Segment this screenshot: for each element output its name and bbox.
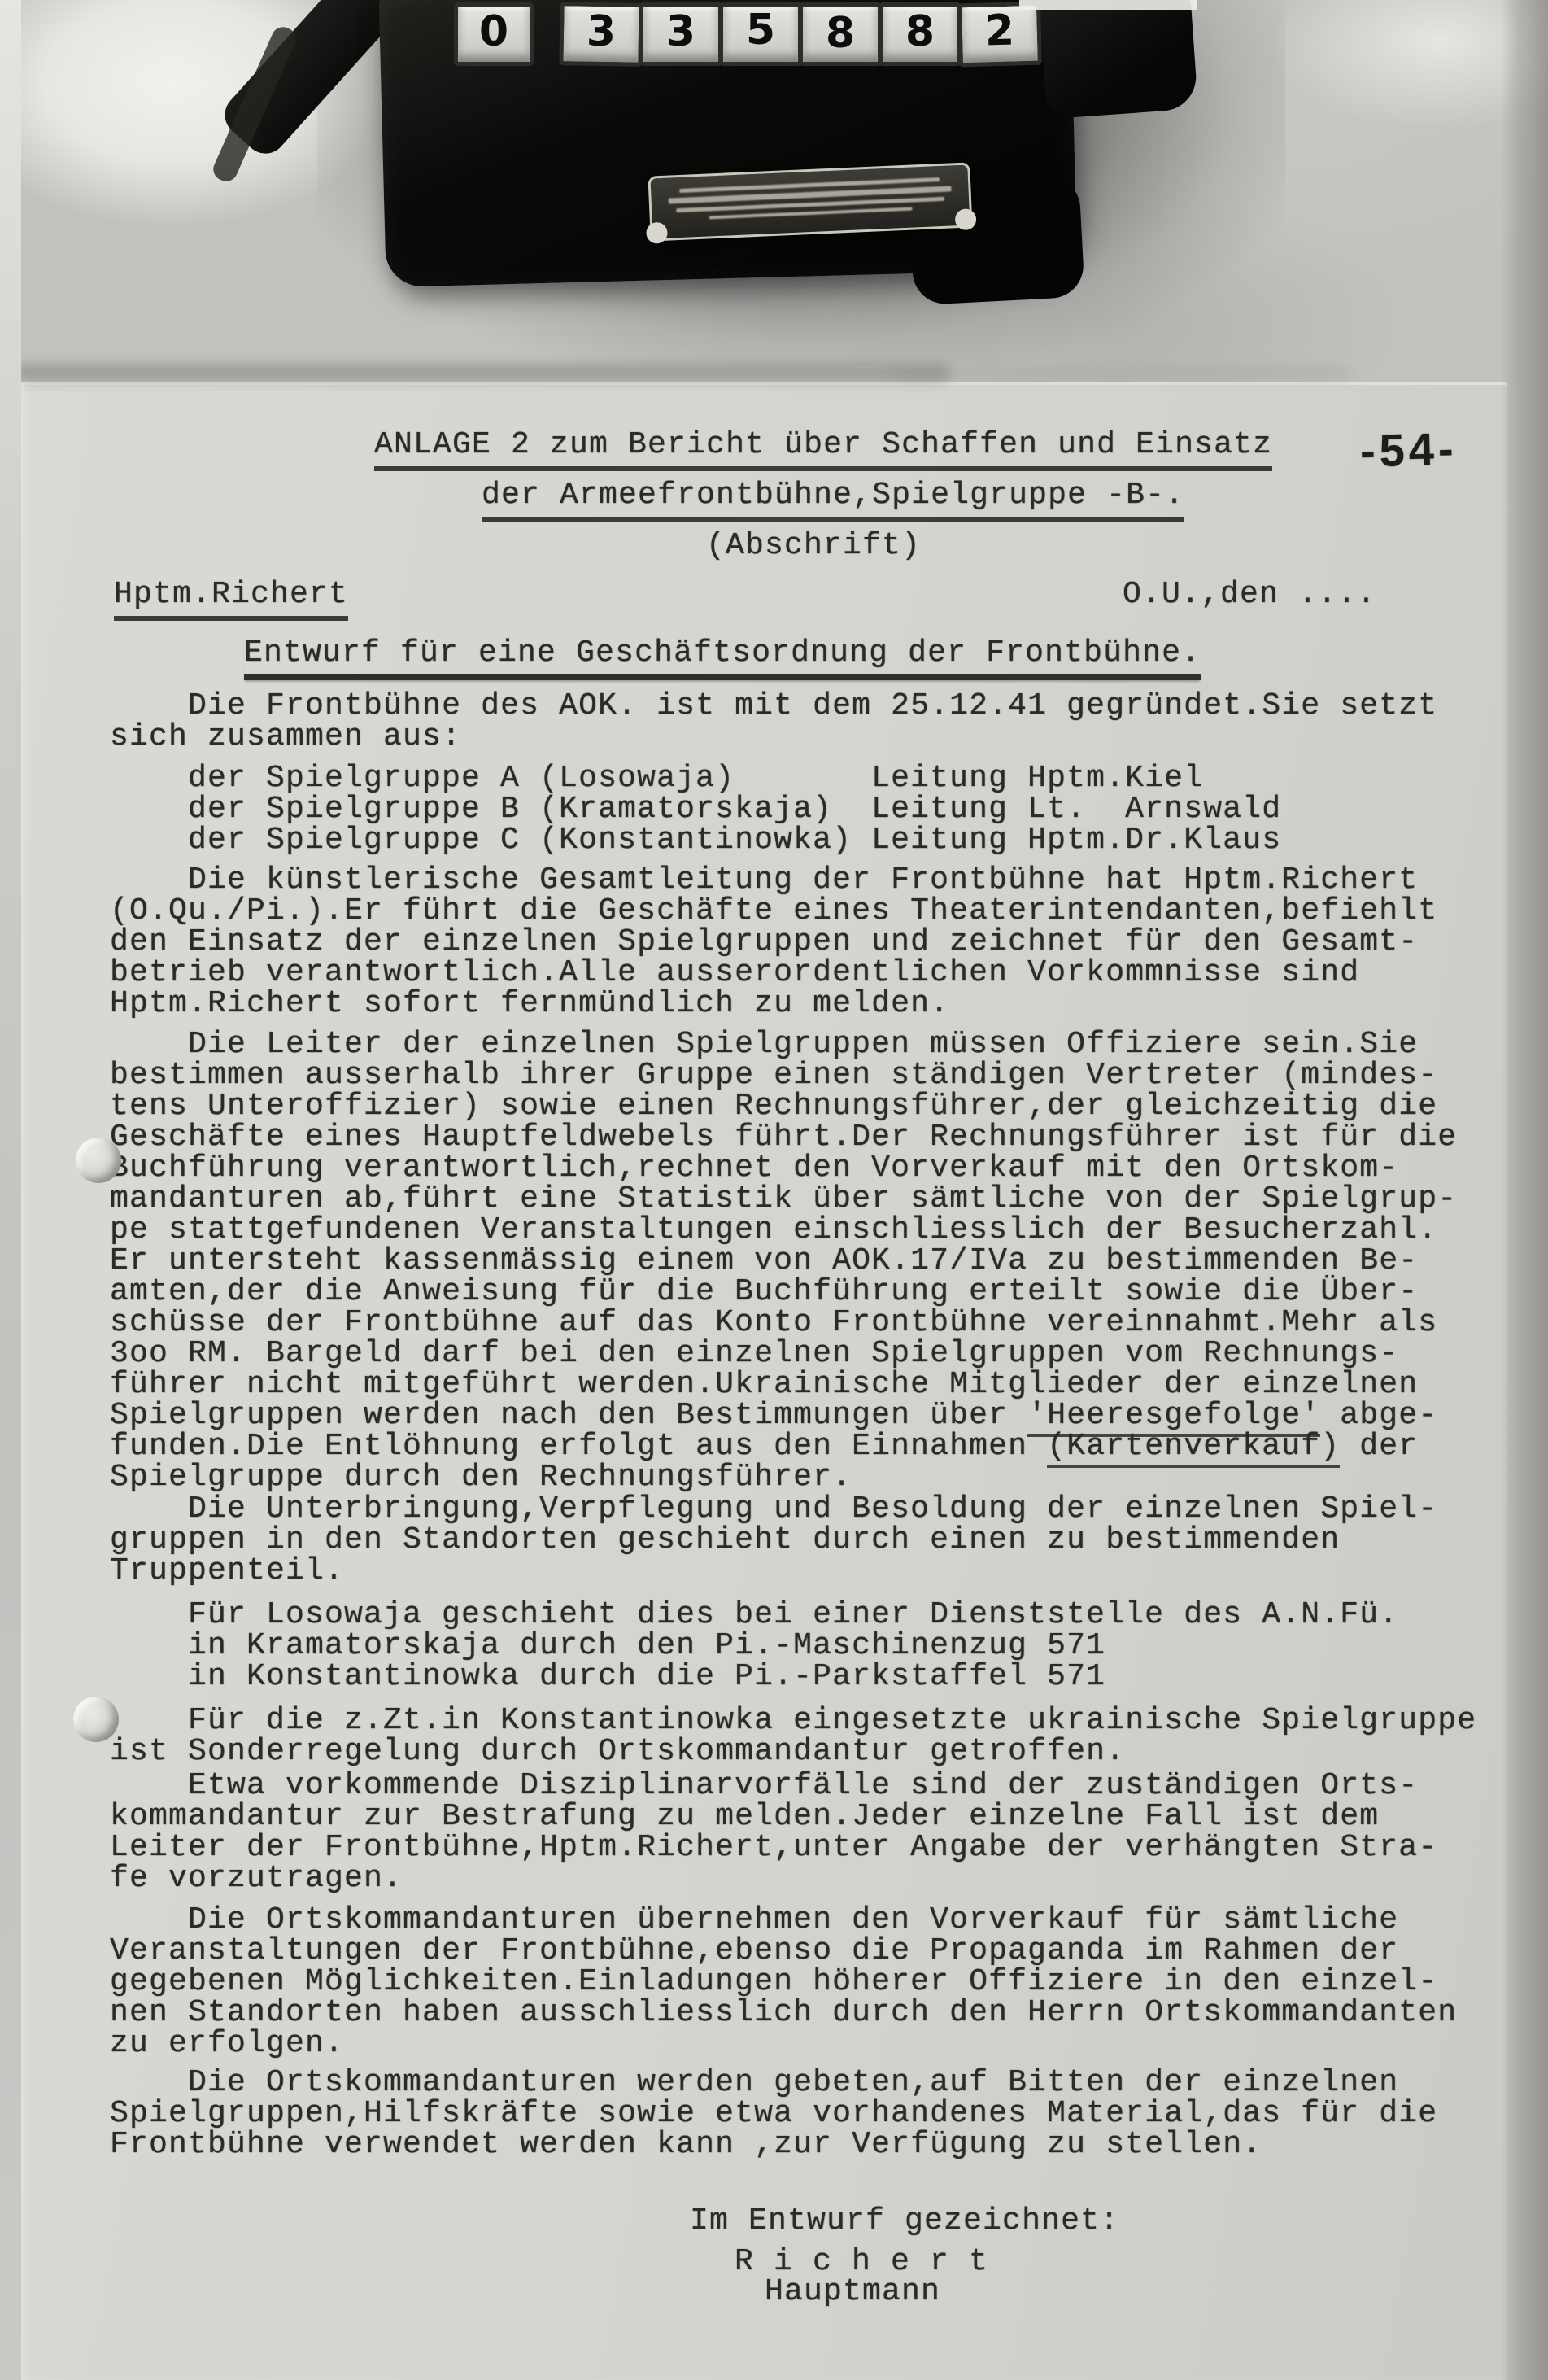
text-line: bestimmen ausserhalb ihrer Gruppe einen …: [110, 1060, 1457, 1091]
text-line: Er untersteht kassenmässig einem von AOK…: [110, 1246, 1457, 1277]
text-line: Die künstlerische Gesamtleitung der Fron…: [110, 865, 1437, 896]
text-line: Buchführung verantwortlich,rechnet den V…: [110, 1153, 1457, 1184]
signature-name: R i c h e r t: [735, 2247, 988, 2277]
counter-digit-window: 3: [559, 2, 643, 67]
paragraph-vorverkauf: Die Ortskommandanturen übernehmen den Vo…: [110, 1905, 1457, 2059]
text-line: amten,der die Anweisung für die Buchführ…: [110, 1277, 1457, 1308]
paragraph-gesamtleitung: Die künstlerische Gesamtleitung der Fron…: [110, 865, 1437, 1020]
counter-digit-window: 2: [957, 2, 1042, 68]
list-standorte: Für Losowaja geschieht dies bei einer Di…: [188, 1600, 1398, 1692]
text-line: führer nicht mitgeführt werden.Ukrainisc…: [110, 1369, 1457, 1400]
text-line: der Spielgruppe A (Losowaja) Leitung Hpt…: [188, 763, 1281, 794]
heading-anlage-text: ANLAGE 2 zum Bericht über Schaffen und E…: [374, 427, 1272, 471]
signature-rank: Hauptmann: [765, 2277, 940, 2308]
text-line: kommandantur zur Bestrafung zu melden.Je…: [110, 1801, 1437, 1832]
text-line: mandanturen ab,führt eine Statistik über…: [110, 1184, 1457, 1215]
text-line: Die Ortskommandanturen übernehmen den Vo…: [110, 1905, 1457, 1936]
punch-hole: [73, 1697, 119, 1742]
text-line: nen Standorten haben ausschliesslich dur…: [110, 1998, 1457, 2028]
text-line: der Spielgruppe C (Konstantinowka) Leitu…: [188, 825, 1281, 856]
text-line: Veranstaltungen der Frontbühne,ebenso di…: [110, 1936, 1457, 1967]
text-line: Die Ortskommandanturen werden gebeten,au…: [110, 2068, 1437, 2098]
copy-note: (Abschrift): [706, 531, 921, 561]
text-line: ist Sonderregelung durch Ortskommandantu…: [110, 1736, 1476, 1767]
counter-digit-window: 5: [719, 2, 802, 66]
text-line: betrieb verantwortlich.Alle ausserordent…: [110, 958, 1437, 989]
text-line: gruppen in den Standorten geschieht durc…: [110, 1525, 1437, 1556]
punch-hole: [76, 1138, 121, 1183]
text-line: Die Unterbringung,Verpflegung und Besold…: [110, 1494, 1437, 1525]
paragraph-leiter: Die Leiter der einzelnen Spielgruppen mü…: [110, 1029, 1457, 1493]
plate-screw: [646, 222, 668, 244]
text-segment: Spielgruppen werden nach den Bestimmunge…: [110, 1398, 1027, 1433]
paragraph-hilfskraefte: Die Ortskommandanturen werden gebeten,au…: [110, 2068, 1437, 2160]
heading-anlage: ANLAGE 2 zum Bericht über Schaffen und E…: [374, 430, 1272, 461]
text-segment: funden.Die Entlöhnung erfolgt aus den Ei…: [110, 1429, 1047, 1464]
text-line: zu erfolgen.: [110, 2028, 1457, 2059]
document-title-text: Entwurf für eine Geschäftsordnung der Fr…: [244, 635, 1201, 680]
counter-digit-window: 8: [799, 2, 882, 66]
photo-left-edge: [0, 0, 21, 2380]
text-line: gegebenen Möglichkeiten.Einladungen höhe…: [110, 1967, 1457, 1998]
text-line: Spielgruppen,Hilfskräfte sowie etwa vorh…: [110, 2098, 1437, 2129]
paragraph-founding: Die Frontbühne des AOK. ist mit dem 25.1…: [110, 691, 1437, 753]
text-line: pe stattgefundenen Veranstaltungen einsc…: [110, 1215, 1457, 1246]
text-line: Spielgruppen werden nach den Bestimmunge…: [110, 1400, 1457, 1431]
text-line: sich zusammen aus:: [110, 722, 1437, 753]
counter-digit-window: 3: [639, 2, 722, 66]
place-date-line: O.U.,den ....: [1123, 579, 1376, 610]
counter-digit-window: 0: [454, 2, 534, 66]
text-line: funden.Die Entlöhnung erfolgt aus den Ei…: [110, 1431, 1457, 1462]
text-line: der Spielgruppe B (Kramatorskaja) Leitun…: [188, 794, 1281, 825]
counter-digit-window: 8: [879, 2, 962, 66]
photo-right-edge: [1501, 0, 1548, 2380]
counter-knob: [1039, 0, 1198, 119]
author-name-text: Hptm.Richert: [114, 577, 348, 621]
text-line: fe vorzutragen.: [110, 1863, 1437, 1894]
text-line: in Konstantinowka durch die Pi.-Parkstaf…: [188, 1662, 1398, 1692]
text-line: den Einsatz der einzelnen Spielgruppen u…: [110, 927, 1437, 958]
paragraph-sonderregelung: Für die z.Zt.in Konstantinowka eingesetz…: [110, 1705, 1476, 1767]
scanned-document-photo: 0 3 3 5 8 8 2 -54- ANLAGE 2 zum Bericht …: [0, 0, 1548, 2380]
text-line: tens Unteroffizier) sowie einen Rechnung…: [110, 1091, 1457, 1122]
list-spielgruppen: der Spielgruppe A (Losowaja) Leitung Hpt…: [188, 763, 1281, 856]
paragraph-disziplinarvorfaelle: Etwa vorkommende Disziplinarvorfälle sin…: [110, 1771, 1437, 1894]
text-line: schüsse der Frontbühne auf das Konto Fro…: [110, 1308, 1457, 1338]
paragraph-unterbringung: Die Unterbringung,Verpflegung und Besold…: [110, 1494, 1437, 1587]
text-line: Für Losowaja geschieht dies bei einer Di…: [188, 1600, 1398, 1631]
photo-edge-strip: [1019, 0, 1197, 10]
text-line: in Kramatorskaja durch den Pi.-Maschinen…: [188, 1631, 1398, 1662]
page-number: -54-: [1359, 421, 1458, 477]
text-line: Die Frontbühne des AOK. ist mit dem 25.1…: [110, 691, 1437, 722]
document-title: Entwurf für eine Geschäftsordnung der Fr…: [244, 638, 1201, 669]
text-line: Frontbühne verwendet werden kann ,zur Ve…: [110, 2129, 1437, 2160]
text-line: Truppenteil.: [110, 1556, 1437, 1587]
text-line: 3oo RM. Bargeld darf bei den einzelnen S…: [110, 1338, 1457, 1369]
signature-prefix: Im Entwurf gezeichnet:: [690, 2206, 1119, 2237]
heading-subject: der Armeefrontbühne,Spielgruppe -B-.: [482, 480, 1184, 511]
text-line: (O.Qu./Pi.).Er führt die Geschäfte eines…: [110, 896, 1437, 927]
text-line: Für die z.Zt.in Konstantinowka eingesetz…: [110, 1705, 1476, 1736]
text-line: Geschäfte eines Hauptfeldwebels führt.De…: [110, 1122, 1457, 1153]
text-line: Die Leiter der einzelnen Spielgruppen mü…: [110, 1029, 1457, 1060]
text-line: Etwa vorkommende Disziplinarvorfälle sin…: [110, 1771, 1437, 1801]
heading-subject-text: der Armeefrontbühne,Spielgruppe -B-.: [482, 478, 1184, 522]
text-segment: der: [1340, 1429, 1418, 1464]
text-line: Hptm.Richert sofort fernmündlich zu meld…: [110, 989, 1437, 1020]
author-name: Hptm.Richert: [114, 579, 348, 610]
text-line: Leiter der Frontbühne,Hptm.Richert,unter…: [110, 1832, 1437, 1863]
text-segment: abge-: [1320, 1398, 1437, 1433]
underlined-text: (Kartenverkauf): [1047, 1429, 1340, 1468]
